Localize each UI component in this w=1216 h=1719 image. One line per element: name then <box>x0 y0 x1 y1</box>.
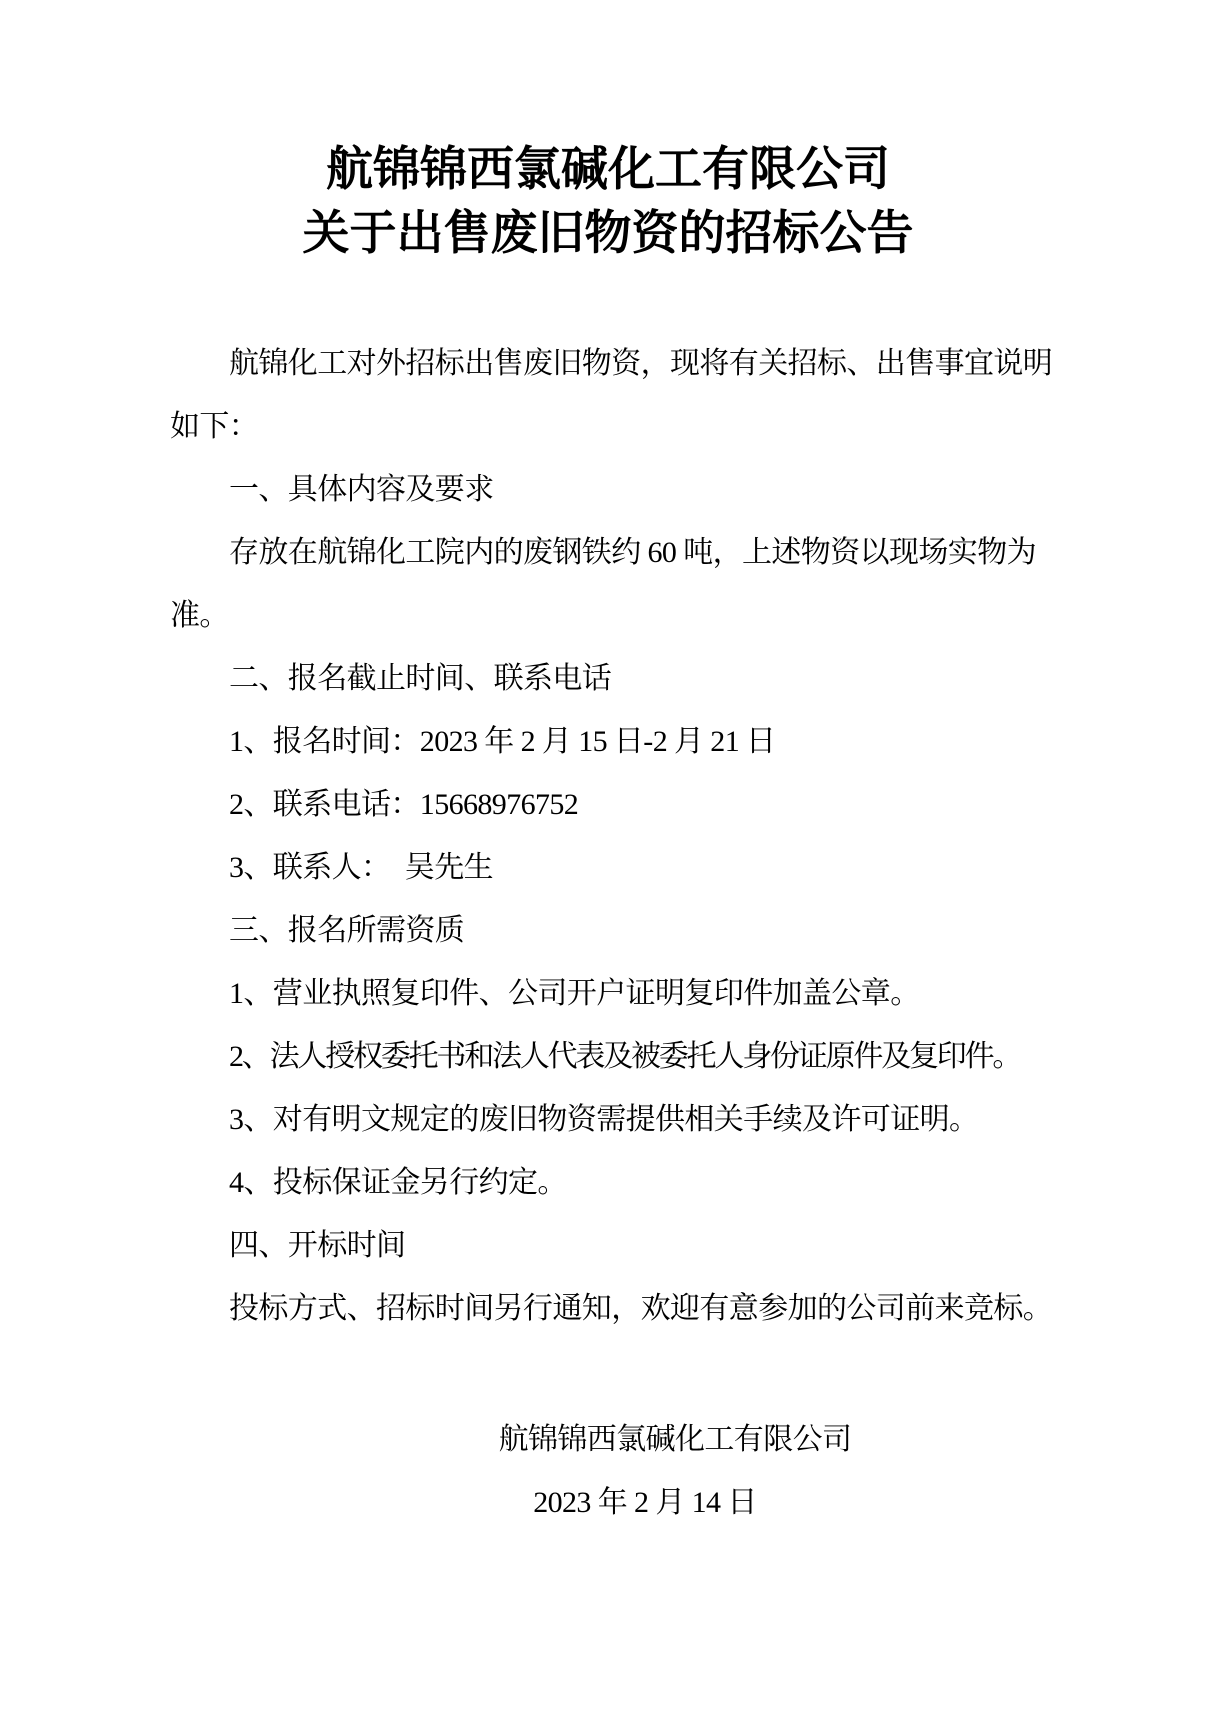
document-title: 航锦锦西氯碱化工有限公司 关于出售废旧物资的招标公告 <box>0 138 1216 266</box>
closing-line: 投标方式、招标时间另行通知，欢迎有意参加的公司前来竞标。 <box>170 1277 1046 1340</box>
signature-date: 2023 年 2 月 14 日 <box>170 1471 1046 1534</box>
signature-company: 航锦锦西氯碱化工有限公司 <box>170 1408 1046 1471</box>
item-qualification-4: 4、投标保证金另行约定。 <box>170 1151 1046 1214</box>
section-1-body-2: 准。 <box>170 584 1046 647</box>
section-1-body-1: 存放在航锦化工院内的废钢铁约 60 吨，上述物资以现场实物为 <box>170 521 1046 584</box>
section-4-heading: 四、开标时间 <box>170 1214 1046 1277</box>
intro-line-1: 航锦化工对外招标出售废旧物资，现将有关招标、出售事宜说明 <box>170 332 1046 395</box>
item-qualification-3: 3、对有明文规定的废旧物资需提供相关手续及许可证明。 <box>170 1088 1046 1151</box>
item-signup-time: 1、报名时间：2023 年 2 月 15 日-2 月 21 日 <box>170 710 1046 773</box>
section-2-heading: 二、报名截止时间、联系电话 <box>170 647 1046 710</box>
title-line-1: 航锦锦西氯碱化工有限公司 <box>0 138 1216 202</box>
item-contact-phone: 2、联系电话：15668976752 <box>170 773 1046 836</box>
signature-block: 航锦锦西氯碱化工有限公司 2023 年 2 月 14 日 <box>170 1408 1046 1534</box>
item-qualification-1: 1、营业执照复印件、公司开户证明复印件加盖公章。 <box>170 962 1046 1025</box>
intro-line-2: 如下： <box>170 395 1046 458</box>
section-3-heading: 三、报名所需资质 <box>170 899 1046 962</box>
title-line-2: 关于出售废旧物资的招标公告 <box>0 202 1216 266</box>
item-qualification-2: 2、法人授权委托书和法人代表及被委托人身份证原件及复印件。 <box>170 1025 1046 1088</box>
document-body: 航锦化工对外招标出售废旧物资，现将有关招标、出售事宜说明 如下： 一、具体内容及… <box>170 332 1046 1340</box>
section-1-heading: 一、具体内容及要求 <box>170 458 1046 521</box>
document-page: 航锦锦西氯碱化工有限公司 关于出售废旧物资的招标公告 航锦化工对外招标出售废旧物… <box>0 0 1216 1719</box>
item-contact-person: 3、联系人： 吴先生 <box>170 836 1046 899</box>
